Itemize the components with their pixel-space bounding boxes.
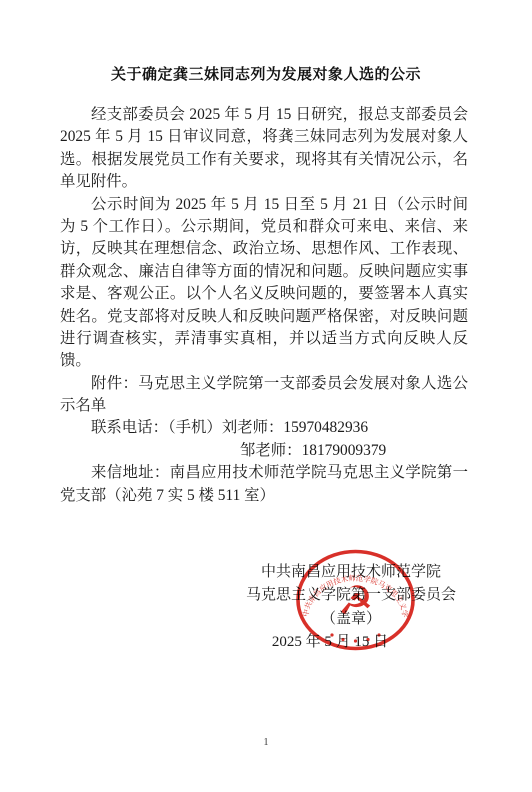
seal-note: （盖章） [241,608,461,631]
mail-address-line: 党支部（沁苑 7 实 5 楼 511 室） [60,485,468,507]
body-line: 求是、客观公正。以个人名义反映问题的，要签署本人真实 [60,283,468,305]
body-line: 姓名。党支部将对反映人和反映问题严格保密，对反映问题 [60,306,468,328]
attachment-line: 示名单 [60,395,468,417]
mail-address-line: 来信地址：南昌应用技术师范学院马克思主义学院第一 [60,462,468,484]
body-line: 群众观念、廉洁自律等方面的情况和问题。反映问题应实事 [60,261,468,283]
signature-org-line2: 马克思主义学院第一支部委员会 [241,584,461,607]
signature-org-line1: 中共南昌应用技术师范学院 [241,561,461,584]
body-line: 单见附件。 [60,171,468,193]
signature-block: 中共南昌应用技术师范学院 马克思主义学院第一支部委员会 （盖章） 2025 年 … [241,561,461,655]
body-line: 公示时间为 2025 年 5 月 15 日至 5 月 21 日（公示时间 [60,194,468,216]
page-number: 1 [0,737,532,748]
signature-date: 2025 年 5 月 15 日 [241,631,461,654]
body-line: 进行调查核实，弄清事实真相，并以适当方式向反映人反 [60,328,468,350]
body-line: 馈。 [60,350,468,372]
body-line: 经支部委员会 2025 年 5 月 15 日研究，报总支部委员会 [60,104,468,126]
attachment-line: 附件：马克思主义学院第一支部委员会发展对象人选公 [60,373,468,395]
body-line: 访，反映其在理想信念、政治立场、思想作风、工作表现、 [60,238,468,260]
body-line: 2025 年 5 月 15 日审议同意，将龚三妹同志列为发展对象人 [60,126,468,148]
page-title: 关于确定龚三妹同志列为发展对象人选的公示 [0,63,532,84]
document-body: 经支部委员会 2025 年 5 月 15 日研究，报总支部委员会 2025 年 … [60,104,468,507]
document-page: 关于确定龚三妹同志列为发展对象人选的公示 经支部委员会 2025 年 5 月 1… [0,0,532,792]
contact-phone-line: 联系电话：（手机）刘老师：15970482936 [60,417,468,439]
body-line: 为 5 个工作日）。公示期间，党员和群众可来电、来信、来 [60,216,468,238]
contact-phone-line: 邹老师：18179009379 [60,440,468,462]
body-line: 选。根据发展党员工作有关要求，现将其有关情况公示，名 [60,149,468,171]
